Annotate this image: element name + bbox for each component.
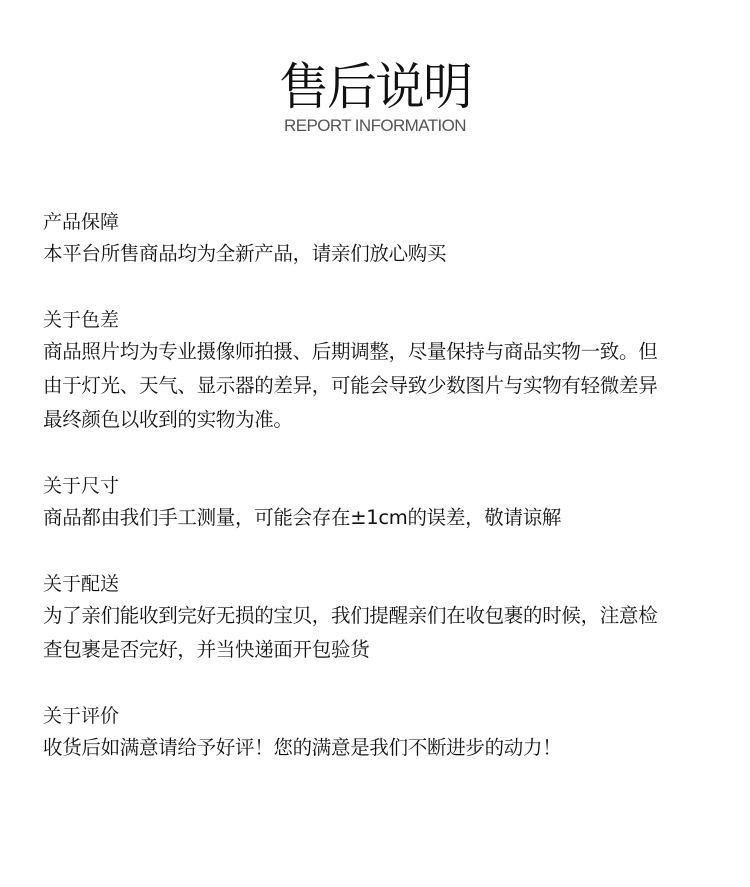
section-review: 关于评价 收货后如满意请给予好评！您的满意是我们不断进步的动力！ <box>43 701 723 765</box>
after-sales-content: 产品保障 本平台所售商品均为全新产品，请亲们放心购买 关于色差 商品照片均为专业… <box>43 207 723 799</box>
page-subtitle: REPORT INFORMATION <box>0 116 750 136</box>
section-line: 由于灯光、天气、显示器的差异，可能会导致少数图片与实物有轻微差异 <box>43 369 723 403</box>
section-color-difference: 关于色差 商品照片均为专业摄像师拍摄、后期调整，尽量保持与商品实物一致。但 由于… <box>43 305 723 437</box>
section-title: 关于色差 <box>43 305 723 335</box>
section-title: 产品保障 <box>43 207 723 237</box>
section-title: 关于评价 <box>43 701 723 731</box>
section-line: 最终颜色以收到的实物为准。 <box>43 403 723 437</box>
section-line: 商品照片均为专业摄像师拍摄、后期调整，尽量保持与商品实物一致。但 <box>43 335 723 369</box>
page-title: 售后说明 <box>0 58 750 116</box>
section-line: 查包裹是否完好，并当快递面开包验货 <box>43 633 723 667</box>
section-product-guarantee: 产品保障 本平台所售商品均为全新产品，请亲们放心购买 <box>43 207 723 271</box>
section-line: 本平台所售商品均为全新产品，请亲们放心购买 <box>43 237 723 271</box>
section-size: 关于尺寸 商品都由我们手工测量，可能会存在±1cm的误差，敬请谅解 <box>43 471 723 535</box>
section-title: 关于尺寸 <box>43 471 723 501</box>
section-line: 商品都由我们手工测量，可能会存在±1cm的误差，敬请谅解 <box>43 501 723 535</box>
section-line: 为了亲们能收到完好无损的宝贝，我们提醒亲们在收包裹的时候，注意检 <box>43 599 723 633</box>
section-title: 关于配送 <box>43 569 723 599</box>
section-delivery: 关于配送 为了亲们能收到完好无损的宝贝，我们提醒亲们在收包裹的时候，注意检 查包… <box>43 569 723 667</box>
section-line: 收货后如满意请给予好评！您的满意是我们不断进步的动力！ <box>43 731 723 765</box>
page-header: 售后说明 REPORT INFORMATION <box>0 58 750 136</box>
